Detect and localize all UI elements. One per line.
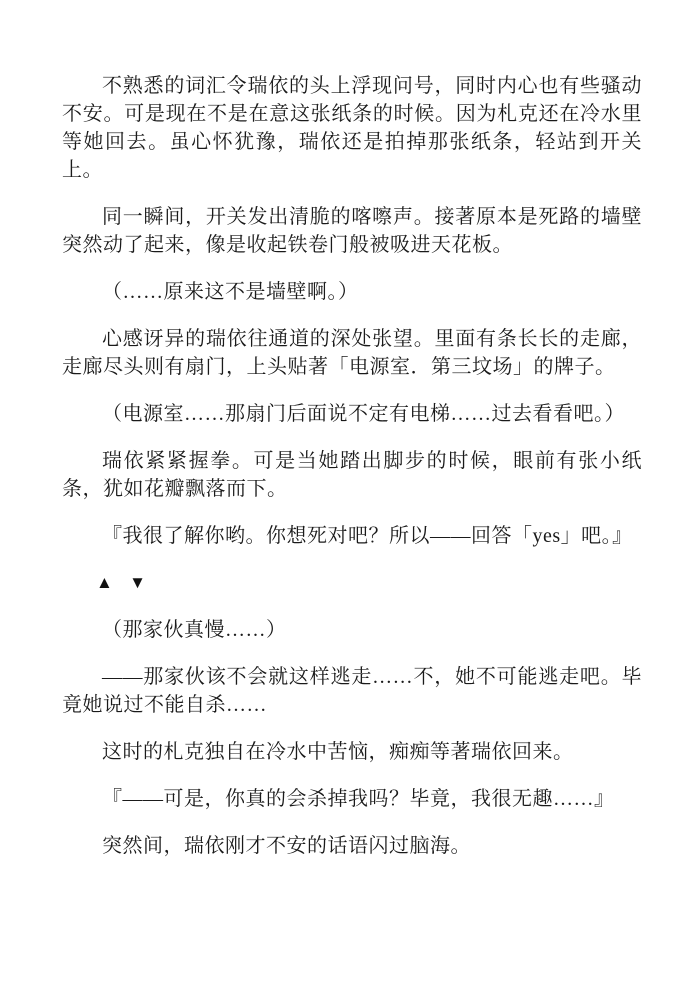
paragraph: ——那家伙该不会就这样逃走……不，她不可能逃走吧。毕竟她说过不能自杀…… xyxy=(62,663,642,719)
paragraph-note-quote: 『我很了解你哟。你想死对吧？所以——回答「yes」吧。』 xyxy=(62,522,642,550)
paragraph: 同一瞬间，开关发出清脆的喀嚓声。接著原本是死路的墙壁突然动了起来，像是收起铁卷门… xyxy=(62,203,642,259)
paragraph-inner-monologue: （电源室……那扇门后面说不定有电梯……过去看看吧。） xyxy=(62,400,642,428)
paragraph: 瑞依紧紧握拳。可是当她踏出脚步的时候，眼前有张小纸条，犹如花瓣飘落而下。 xyxy=(62,447,642,503)
paragraph: 突然间，瑞依刚才不安的话语闪过脑海。 xyxy=(62,832,642,860)
novel-page: 不熟悉的词汇令瑞依的头上浮现问号，同时内心也有些骚动不安。可是现在不是在意这张纸… xyxy=(0,0,700,992)
paragraph: 这时的札克独自在冷水中苦恼，痴痴等著瑞依回来。 xyxy=(62,738,642,766)
paragraph-dialogue-quote: 『——可是，你真的会杀掉我吗？毕竟，我很无趣……』 xyxy=(62,785,642,813)
down-triangle-icon: ▼ xyxy=(129,569,146,597)
paragraph: 心感讶异的瑞依往通道的深处张望。里面有条长长的走廊，走廊尽头则有扇门，上头贴著「… xyxy=(62,325,642,381)
up-triangle-icon: ▲ xyxy=(96,569,113,597)
paragraph: 不熟悉的词汇令瑞依的头上浮现问号，同时内心也有些骚动不安。可是现在不是在意这张纸… xyxy=(62,72,642,184)
paragraph-inner-monologue: （那家伙真慢……） xyxy=(62,616,642,644)
paragraph-inner-monologue: （……原来这不是墙壁啊。） xyxy=(62,278,642,306)
section-separator: ▲ ▼ xyxy=(62,569,642,597)
